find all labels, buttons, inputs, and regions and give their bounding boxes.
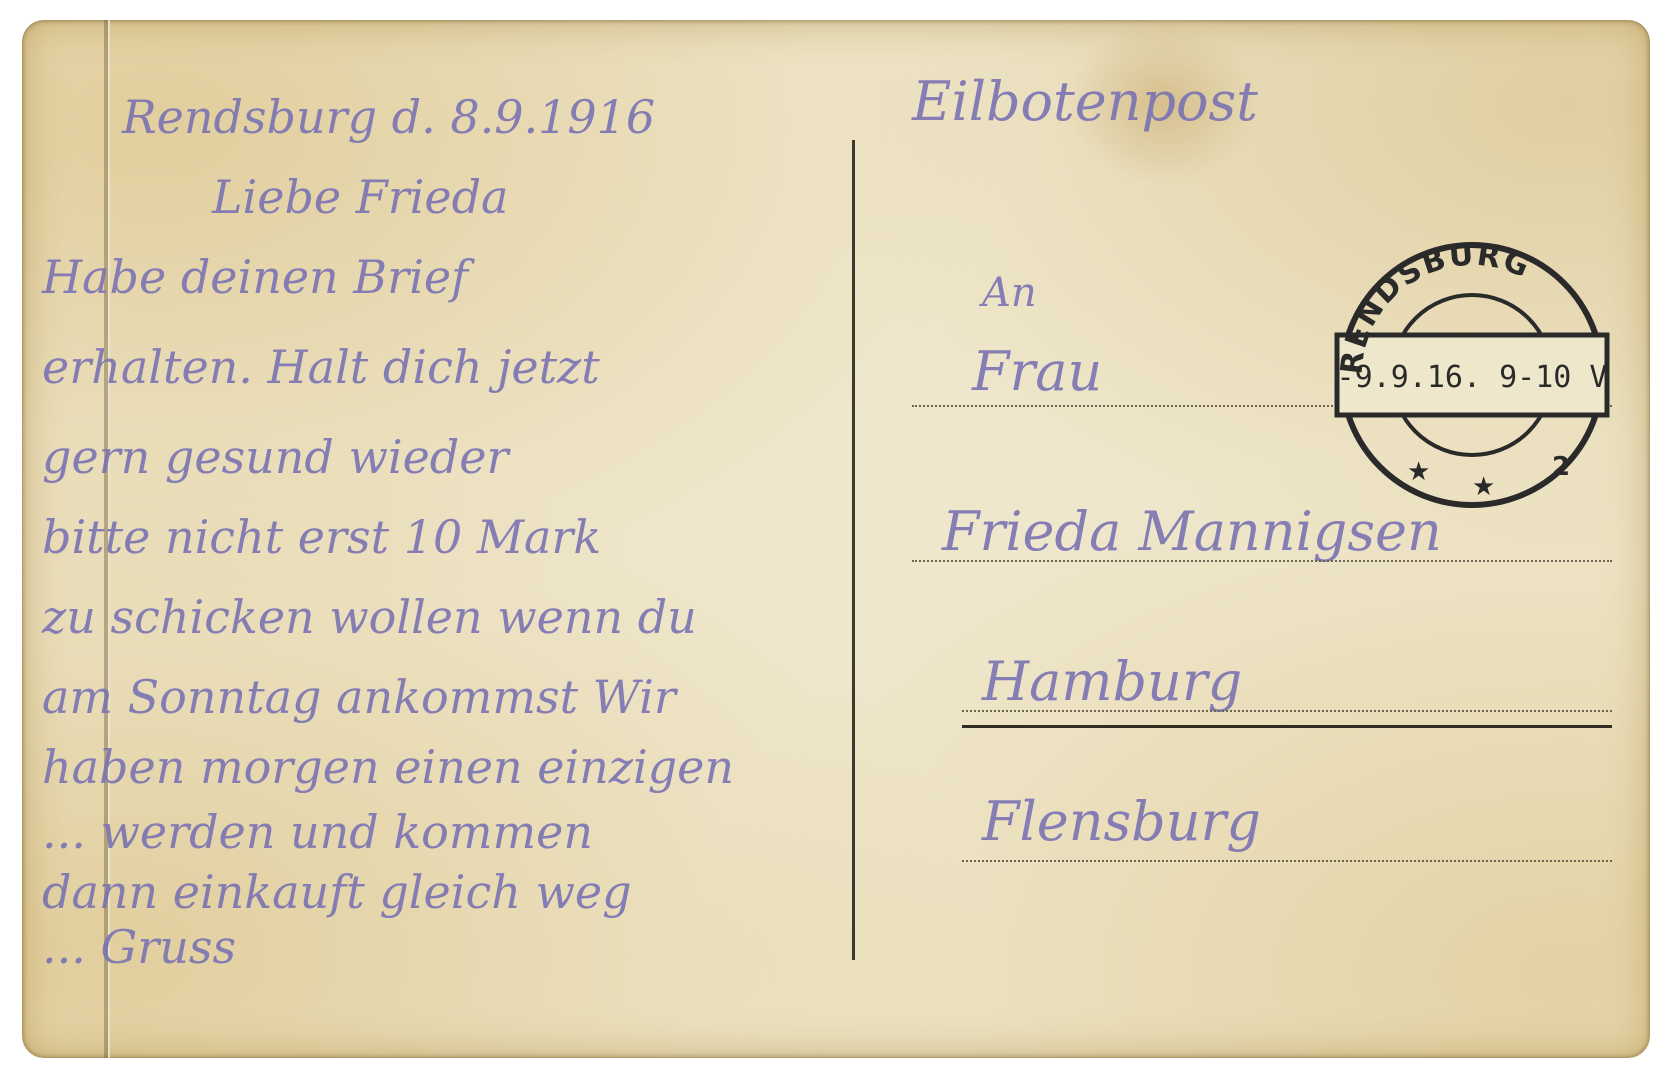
message-line: zu schicken wollen wenn du: [42, 590, 697, 644]
address-line: Flensburg: [982, 790, 1261, 853]
address-line: Hamburg: [982, 650, 1242, 713]
message-line: am Sonntag ankommst Wir: [42, 670, 676, 724]
message-line: bitte nicht erst 10 Mark: [42, 510, 601, 564]
address-line: Frau: [972, 340, 1102, 403]
address-line: Eilbotenpost: [912, 70, 1258, 133]
address-dotted-line: [962, 860, 1612, 862]
address-dotted-line: [912, 560, 1612, 562]
message-line: Rendsburg d. 8.9.1916: [122, 90, 655, 144]
address-solid-line: [962, 725, 1612, 728]
star-icon: ★: [1472, 472, 1495, 502]
center-divider-line: [852, 140, 855, 960]
message-line: ... werden und kommen: [42, 805, 593, 859]
postmark-stamp: RENDSBURG -9.9.16. 9-10 V ★ ★ 2: [1322, 225, 1622, 525]
address-line: An: [982, 270, 1037, 316]
message-line: ... Gruss: [42, 920, 236, 974]
message-line: gern gesund wieder: [42, 430, 508, 484]
postmark-suffix: 2: [1552, 452, 1570, 482]
postcard: Rendsburg d. 8.9.1916 Liebe Frieda Habe …: [22, 20, 1650, 1058]
star-icon: ★: [1407, 457, 1430, 487]
message-line: haben morgen einen einzigen: [42, 740, 734, 794]
postmark-date: -9.9.16. 9-10 V: [1337, 360, 1608, 395]
message-line: Liebe Frieda: [212, 170, 508, 224]
message-line: Habe deinen Brief: [42, 250, 468, 304]
message-line: erhalten. Halt dich jetzt: [42, 340, 600, 394]
address-dotted-line: [962, 710, 1612, 712]
message-line: dann einkauft gleich weg: [42, 865, 632, 919]
